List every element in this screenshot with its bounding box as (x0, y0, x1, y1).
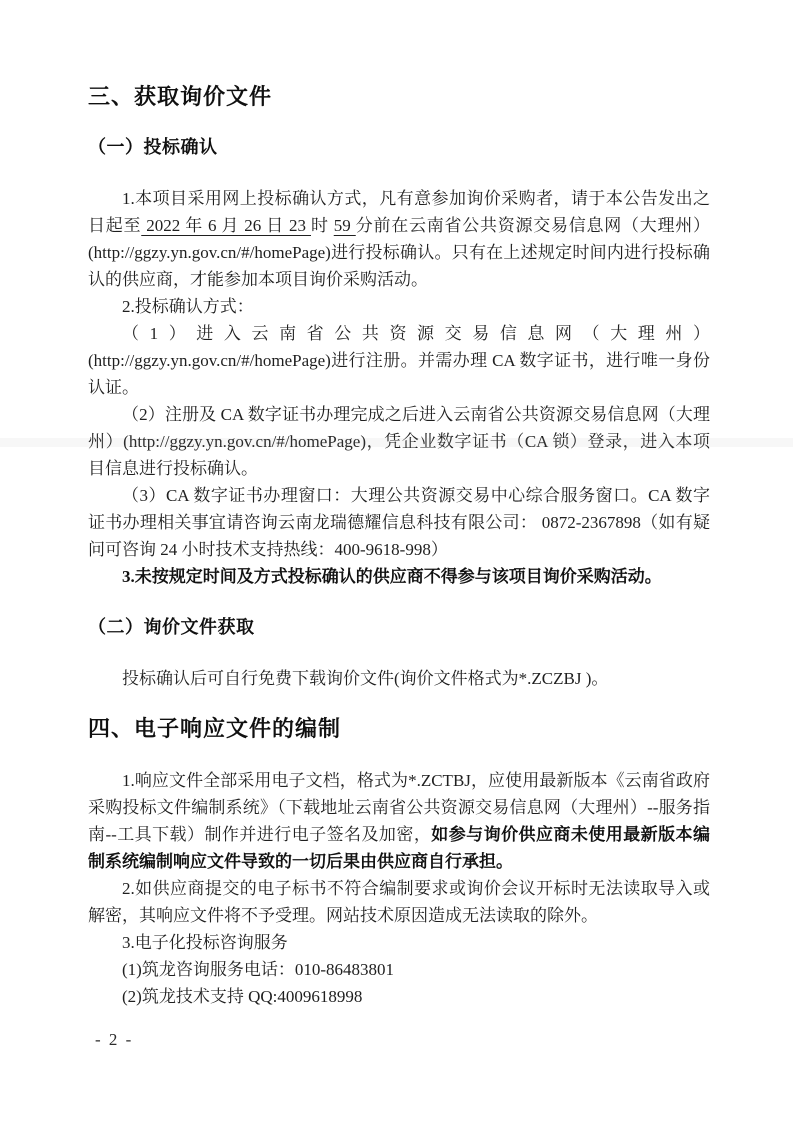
subsection-body-3-1: 1.本项目采用网上投标确认方式，凡有意参加询价采购者，请于本公告发出之日起至 2… (88, 185, 710, 590)
text-run: 3.电子化投标咨询服务 (122, 933, 288, 952)
paragraph: （1）进入云南省公共资源交易信息网（大理州）(http://ggzy.yn.go… (88, 320, 710, 401)
document-page: 三、获取询价文件 （一）投标确认 1.本项目采用网上投标确认方式，凡有意参加询价… (0, 0, 793, 1121)
subsection-heading-3-2: （二）询价文件获取 (88, 616, 710, 638)
text-run: 投标确认后可自行免费下载询价文件(询价文件格式为*.ZCZBJ )。 (122, 669, 608, 688)
text-run: （2）注册及 CA 数字证书办理完成之后进入云南省公共资源交易信息网（大理州）(… (88, 405, 710, 478)
paragraph: 3.未按规定时间及方式投标确认的供应商不得参与该项目询价采购活动。 (88, 563, 710, 590)
paragraph: 3.电子化投标咨询服务 (88, 929, 710, 956)
paragraph: (2)筑龙技术支持 QQ:4009618998 (88, 983, 710, 1010)
section-heading-4: 四、电子响应文件的编制 (88, 716, 710, 742)
text-run: 3.未按规定时间及方式投标确认的供应商不得参与该项目询价采购活动。 (122, 567, 662, 586)
text-run: （1）进入云南省公共资源交易信息网（大理州）(http://ggzy.yn.go… (88, 324, 710, 397)
text-run: (1)筑龙咨询服务电话：010-86483801 (122, 960, 394, 979)
text-run: 59 (334, 216, 356, 235)
text-run: （3）CA 数字证书办理窗口：大理公共资源交易中心综合服务窗口。CA 数字证书办… (88, 486, 710, 559)
paragraph: 1.响应文件全部采用电子文档，格式为*.ZCTBJ，应使用最新版本《云南省政府采… (88, 767, 710, 875)
text-run: 时 (311, 216, 334, 235)
text-run: (2)筑龙技术支持 QQ:4009618998 (122, 987, 362, 1006)
paragraph: 1.本项目采用网上投标确认方式，凡有意参加询价采购者，请于本公告发出之日起至 2… (88, 185, 710, 293)
section-heading-3: 三、获取询价文件 (88, 84, 710, 110)
paragraph: (1)筑龙咨询服务电话：010-86483801 (88, 956, 710, 983)
text-run: 2.如供应商提交的电子标书不符合编制要求或询价会议开标时无法读取导入或解密，其响… (88, 879, 710, 925)
paragraph: （2）注册及 CA 数字证书办理完成之后进入云南省公共资源交易信息网（大理州）(… (88, 401, 710, 482)
paragraph: 2.如供应商提交的电子标书不符合编制要求或询价会议开标时无法读取导入或解密，其响… (88, 875, 710, 929)
text-run: 2022 年 6 月 26 日 23 (141, 216, 311, 235)
paragraph: （3）CA 数字证书办理窗口：大理公共资源交易中心综合服务窗口。CA 数字证书办… (88, 482, 710, 563)
subsection-body-3-2: 投标确认后可自行免费下载询价文件(询价文件格式为*.ZCZBJ )。 (88, 665, 710, 692)
section-body-4: 1.响应文件全部采用电子文档，格式为*.ZCTBJ，应使用最新版本《云南省政府采… (88, 767, 710, 1010)
paragraph: 投标确认后可自行免费下载询价文件(询价文件格式为*.ZCZBJ )。 (88, 665, 710, 692)
subsection-heading-3-1: （一）投标确认 (88, 136, 710, 158)
text-run: 2.投标确认方式： (122, 297, 254, 316)
page-number: - 2 - (95, 1030, 133, 1050)
paragraph: 2.投标确认方式： (88, 293, 710, 320)
